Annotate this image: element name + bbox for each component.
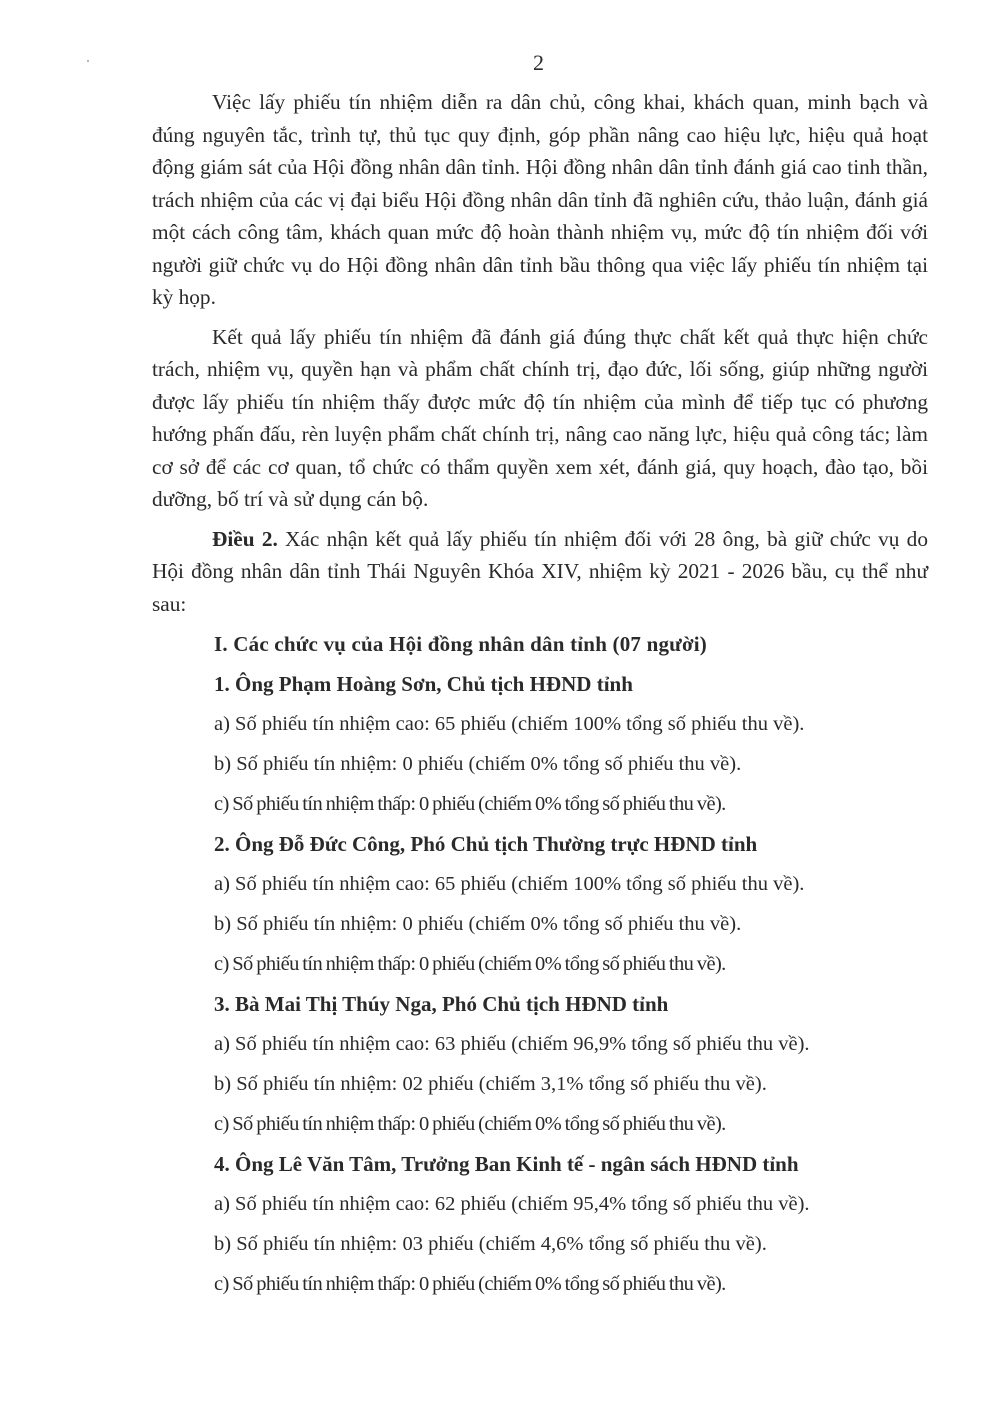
person-block: 1. Ông Phạm Hoàng Sơn, Chủ tịch HĐND tỉn… <box>152 669 928 819</box>
person-block: 3. Bà Mai Thị Thúy Nga, Phó Chủ tịch HĐN… <box>152 989 928 1139</box>
vote-high: a) Số phiếu tín nhiệm cao: 62 phiếu (chi… <box>214 1189 928 1219</box>
vote-medium: b) Số phiếu tín nhiệm: 02 phiếu (chiếm 3… <box>214 1069 928 1099</box>
page-number: 2 <box>0 50 1000 76</box>
section-heading: I. Các chức vụ của Hội đồng nhân dân tỉn… <box>214 629 928 659</box>
vote-medium: b) Số phiếu tín nhiệm: 03 phiếu (chiếm 4… <box>214 1229 928 1259</box>
article-2-label: Điều 2. <box>212 527 278 551</box>
vote-low: c) Số phiếu tín nhiệm thấp: 0 phiếu (chi… <box>214 1109 928 1139</box>
person-title: 3. Bà Mai Thị Thúy Nga, Phó Chủ tịch HĐN… <box>214 989 928 1019</box>
article-2: Điều 2. Xác nhận kết quả lấy phiếu tín n… <box>152 523 928 621</box>
vote-medium: b) Số phiếu tín nhiệm: 0 phiếu (chiếm 0%… <box>214 749 928 779</box>
vote-high: a) Số phiếu tín nhiệm cao: 65 phiếu (chi… <box>214 869 928 899</box>
vote-low: c) Số phiếu tín nhiệm thấp: 0 phiếu (chi… <box>214 949 928 979</box>
vote-high: a) Số phiếu tín nhiệm cao: 63 phiếu (chi… <box>214 1029 928 1059</box>
vote-high: a) Số phiếu tín nhiệm cao: 65 phiếu (chi… <box>214 709 928 739</box>
paragraph-vote-results: Kết quả lấy phiếu tín nhiệm đã đánh giá … <box>152 321 928 516</box>
person-title: 1. Ông Phạm Hoàng Sơn, Chủ tịch HĐND tỉn… <box>214 669 928 699</box>
person-title: 4. Ông Lê Văn Tâm, Trưởng Ban Kinh tế - … <box>214 1149 928 1179</box>
person-block: 2. Ông Đỗ Đức Công, Phó Chủ tịch Thường … <box>152 829 928 979</box>
person-title: 2. Ông Đỗ Đức Công, Phó Chủ tịch Thường … <box>214 829 928 859</box>
vote-low: c) Số phiếu tín nhiệm thấp: 0 phiếu (chi… <box>214 1269 928 1299</box>
vote-low: c) Số phiếu tín nhiệm thấp: 0 phiếu (chi… <box>214 789 928 819</box>
person-block: 4. Ông Lê Văn Tâm, Trưởng Ban Kinh tế - … <box>152 1149 928 1299</box>
paragraph-vote-process: Việc lấy phiếu tín nhiệm diễn ra dân chủ… <box>152 86 928 314</box>
vote-medium: b) Số phiếu tín nhiệm: 0 phiếu (chiếm 0%… <box>214 909 928 939</box>
document-body: Việc lấy phiếu tín nhiệm diễn ra dân chủ… <box>152 86 928 1309</box>
